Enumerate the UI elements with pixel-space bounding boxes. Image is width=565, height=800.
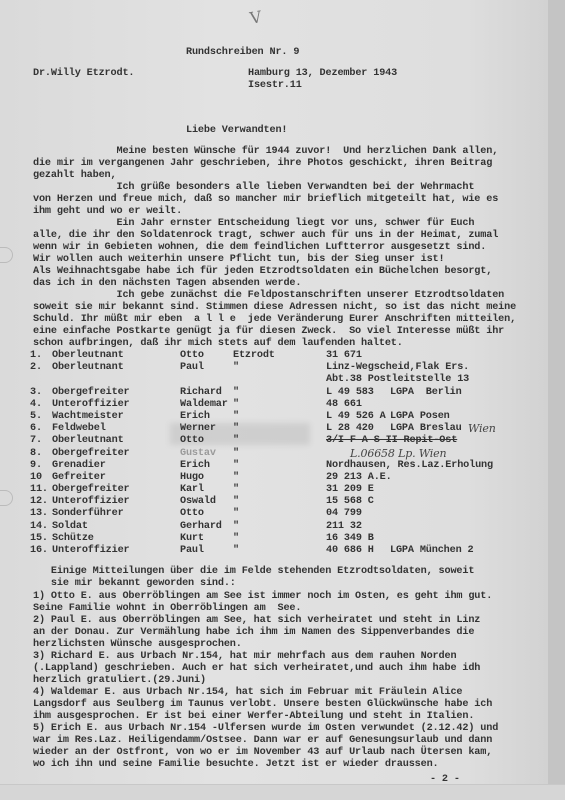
text-line: (.Lappland) geschrieben. Auch er hat sic… bbox=[33, 663, 523, 675]
text-line: Ich gebe zunächst die Feldpostanschrifte… bbox=[33, 290, 523, 302]
entry-number: 6. bbox=[30, 423, 52, 435]
punch-hole bbox=[0, 247, 13, 263]
entry-number: 14. bbox=[30, 521, 52, 533]
first-name: Otto bbox=[180, 350, 204, 362]
text-line: Ich grüße besonders alle lieben Verwandt… bbox=[33, 182, 523, 194]
text-line: Langsdorf aus Seulberg im Taunus verlobt… bbox=[33, 699, 523, 711]
first-name: Waldemar bbox=[180, 399, 228, 411]
last-name: " bbox=[233, 399, 239, 411]
entry-number: 16. bbox=[30, 545, 52, 557]
text-line: Seine Familie wohnt in Oberröblingen am … bbox=[33, 603, 523, 615]
last-name: " bbox=[233, 411, 239, 423]
field-post-number: 48 661 bbox=[326, 399, 362, 411]
text-line: Meine besten Wünsche für 1944 zuvor! Und… bbox=[33, 146, 523, 158]
post-office: LGPA Berlin bbox=[390, 387, 462, 399]
last-name: " bbox=[233, 448, 239, 460]
rank: Oberleutnant bbox=[52, 350, 124, 362]
rank: Schütze bbox=[52, 533, 94, 545]
rank: Soldat bbox=[52, 521, 88, 533]
rank: Wachtmeister bbox=[52, 411, 124, 423]
first-name: Hugo bbox=[180, 472, 204, 484]
last-name: " bbox=[233, 545, 239, 557]
rank: Sonderführer bbox=[52, 508, 124, 520]
text-line: eine einfache Postkarte genügt ja für di… bbox=[33, 326, 523, 338]
letter-title: Rundschreiben Nr. 9 bbox=[186, 47, 299, 59]
first-name: Gustav bbox=[180, 448, 216, 460]
salutation: Liebe Verwandten! bbox=[186, 125, 287, 137]
rank: Obergefreiter bbox=[52, 387, 130, 399]
entry-number: 12. bbox=[30, 496, 52, 508]
first-name: Paul bbox=[180, 362, 204, 374]
handwritten-note: Wien bbox=[468, 423, 496, 435]
last-name: " bbox=[233, 533, 239, 545]
text-line: 2) Paul E. aus Oberröblingen am See, hat… bbox=[33, 615, 523, 627]
entry-number: 5. bbox=[30, 411, 52, 423]
news-intro: Einige Mitteilungen über die im Felde st… bbox=[33, 566, 523, 590]
post-office: LGPA Breslau bbox=[390, 423, 462, 435]
field-post-number: 16 349 B bbox=[326, 533, 374, 545]
text-line: 4) Waldemar E. aus Urbach Nr.154, hat si… bbox=[33, 687, 523, 699]
text-line: war im Res.Laz. Heiligendamm/Ostsee. Dan… bbox=[33, 735, 523, 747]
first-name: Gerhard bbox=[180, 521, 222, 533]
text-line: wo ich ihn und seine Familie besuchte. J… bbox=[33, 759, 523, 771]
text-line: die mir im vergangenen Jahr geschrieben,… bbox=[33, 158, 523, 170]
rank: Unteroffizier bbox=[52, 545, 130, 557]
first-name: Karl bbox=[180, 484, 204, 496]
last-name: " bbox=[233, 435, 239, 447]
post-office: LGPA Posen bbox=[390, 411, 450, 423]
last-name: " bbox=[233, 508, 239, 520]
text-line: wieder an der Ostfront, von wo er im Nov… bbox=[33, 747, 523, 759]
punch-hole bbox=[0, 490, 13, 506]
first-name: Otto bbox=[180, 435, 204, 447]
last-name: " bbox=[233, 387, 239, 399]
first-name: Erich bbox=[180, 460, 210, 472]
entry-number: 9. bbox=[30, 460, 52, 472]
last-name: " bbox=[233, 362, 239, 374]
field-post-number: 29 213 A.E. bbox=[326, 472, 392, 484]
news-items: 1) Otto E. aus Oberröblingen am See ist … bbox=[33, 591, 523, 771]
text-line: wenn wir in Gebieten wohnen, die dem fei… bbox=[33, 242, 523, 254]
text-line: Als Weihnachtsgabe habe ich für jeden Et… bbox=[33, 266, 523, 278]
last-name: " bbox=[233, 521, 239, 533]
entry-number: 7. bbox=[30, 435, 52, 447]
entry-number: 8. bbox=[30, 448, 52, 460]
text-line: alle, die ihr den Soldatenrock tragt, sc… bbox=[33, 230, 523, 242]
sender-name: Dr.Willy Etzrodt. bbox=[33, 68, 134, 80]
rank: Unteroffizier bbox=[52, 399, 130, 411]
street-address: Isestr.11 bbox=[248, 80, 302, 92]
field-post-number: 31 209 E bbox=[326, 484, 374, 496]
text-line: Ein Jahr ernster Entscheidung liegt vor … bbox=[33, 218, 523, 230]
field-post-number: Abt.38 Postleitstelle 13 bbox=[326, 374, 469, 386]
rank: Grenadier bbox=[52, 460, 106, 472]
first-name: Kurt bbox=[180, 533, 204, 545]
rank: Obergefreiter bbox=[52, 448, 130, 460]
intro-paragraphs: Meine besten Wünsche für 1944 zuvor! Und… bbox=[33, 146, 523, 350]
first-name: Oswald bbox=[180, 496, 216, 508]
field-post-number: L 49 526 A bbox=[326, 411, 386, 423]
field-post-number: Nordhausen, Res.Laz.Erholung bbox=[326, 460, 493, 472]
text-line: Wir wollen auch weiterhin unsere Pflicht… bbox=[33, 254, 523, 266]
place-date: Hamburg 13, Dezember 1943 bbox=[248, 68, 397, 80]
rank: Oberleutnant bbox=[52, 435, 124, 447]
last-name: " bbox=[233, 423, 239, 435]
rank: Unteroffizier bbox=[52, 496, 130, 508]
text-line: Schuld. Ihr müßt mir eben a l l e jede V… bbox=[33, 314, 523, 326]
text-line: soweit sie mir bekannt sind. Stimmen die… bbox=[33, 302, 523, 314]
last-name: Etzrodt bbox=[233, 350, 275, 362]
entry-number: 1. bbox=[30, 350, 52, 362]
field-post-number: 211 32 bbox=[326, 521, 362, 533]
text-line: ihm geht und wo er weilt. bbox=[33, 206, 523, 218]
entry-number: 10 bbox=[30, 472, 52, 484]
text-line: Einige Mitteilungen über die im Felde st… bbox=[33, 566, 523, 578]
last-name: " bbox=[233, 460, 239, 472]
first-name: Richard bbox=[180, 387, 222, 399]
field-post-number: L 49 583 bbox=[326, 387, 374, 399]
text-line: an der Donau. Zur Vermählung habe ich ih… bbox=[33, 627, 523, 639]
field-post-number: 40 686 H bbox=[326, 545, 374, 557]
entry-number: 4. bbox=[30, 399, 52, 411]
rank: Oberleutnant bbox=[52, 362, 124, 374]
entry-number: 2. bbox=[30, 362, 52, 374]
field-post-number: 04 799 bbox=[326, 508, 362, 520]
field-post-number: Linz-Wegscheid,Flak Ers. bbox=[326, 362, 469, 374]
field-post-number: L 28 420 bbox=[326, 423, 374, 435]
field-post-number: 31 671 bbox=[326, 350, 362, 362]
text-line: herzlich gratuliert.(29.Juni) bbox=[33, 675, 523, 687]
rank: Gefreiter bbox=[52, 472, 106, 484]
first-name: Otto bbox=[180, 508, 204, 520]
last-name: " bbox=[233, 496, 239, 508]
last-name: " bbox=[233, 484, 239, 496]
handwritten-note: L.06658 Lp. Wien bbox=[350, 448, 446, 460]
text-line: ihm ausgesprochen. Er ist bei einer Werf… bbox=[33, 711, 523, 723]
rank: Feldwebel bbox=[52, 423, 106, 435]
text-line: schon aufbringen, daß ihr mich stets auf… bbox=[33, 338, 523, 350]
last-name: " bbox=[233, 472, 239, 484]
text-line: 3) Richard E. aus Urbach Nr.154, hat mir… bbox=[33, 651, 523, 663]
text-line: herzlichsten Wünsche ausgesprochen. bbox=[33, 639, 523, 651]
rank: Obergefreiter bbox=[52, 484, 130, 496]
first-name: Paul bbox=[180, 545, 204, 557]
text-line: 1) Otto E. aus Oberröblingen am See ist … bbox=[33, 591, 523, 603]
field-post-number: 3/I F A S II Repit-Ost bbox=[326, 435, 457, 447]
first-name: Erich bbox=[180, 411, 210, 423]
entry-number: 15. bbox=[30, 533, 52, 545]
page-bottom-edge bbox=[0, 784, 565, 800]
text-line: sie mir bekannt geworden sind.: bbox=[33, 578, 523, 590]
check-mark: V bbox=[248, 7, 263, 28]
page-edge bbox=[548, 0, 565, 800]
text-line: 5) Erich E. aus Urbach Nr.154 -Ulfersen … bbox=[33, 723, 523, 735]
post-office: LGPA München 2 bbox=[390, 545, 474, 557]
entry-number: 3. bbox=[30, 387, 52, 399]
text-line: gezahlt haben, bbox=[33, 170, 523, 182]
text-line: das ich in den nächsten Tagen absenden w… bbox=[33, 278, 523, 290]
entry-number: 13. bbox=[30, 508, 52, 520]
text-line: von Herzen und freue mich, daß so manche… bbox=[33, 194, 523, 206]
first-name: Werner bbox=[180, 423, 216, 435]
letter-page: V Rundschreiben Nr. 9 Dr.Willy Etzrodt. … bbox=[0, 0, 548, 798]
field-post-number: 15 568 C bbox=[326, 496, 374, 508]
entry-number: 11. bbox=[30, 484, 52, 496]
